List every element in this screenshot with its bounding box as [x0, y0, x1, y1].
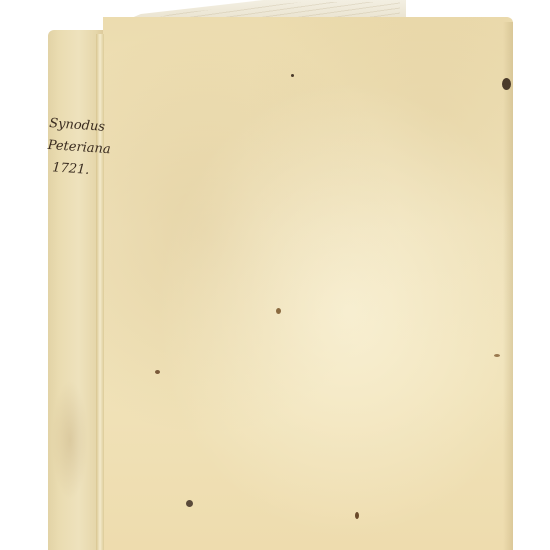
- book-photo: Synodus Peteriana 1721.: [0, 0, 550, 550]
- spine-title-line-3: 1721.: [45, 157, 100, 183]
- cover-blemish: [276, 308, 281, 314]
- spine-stain: [52, 380, 88, 500]
- cover-edge: [503, 22, 513, 550]
- cover-blemish: [494, 354, 500, 357]
- spine-handwritten-title: Synodus Peteriana 1721.: [45, 113, 103, 183]
- cover-blemish: [186, 500, 193, 507]
- cover-blemish: [155, 370, 160, 374]
- cover-blemish: [291, 74, 294, 77]
- cover-blemish: [502, 78, 511, 90]
- front-cover: [103, 17, 513, 550]
- cover-blemish: [355, 512, 359, 519]
- spine-hinge: [96, 34, 104, 550]
